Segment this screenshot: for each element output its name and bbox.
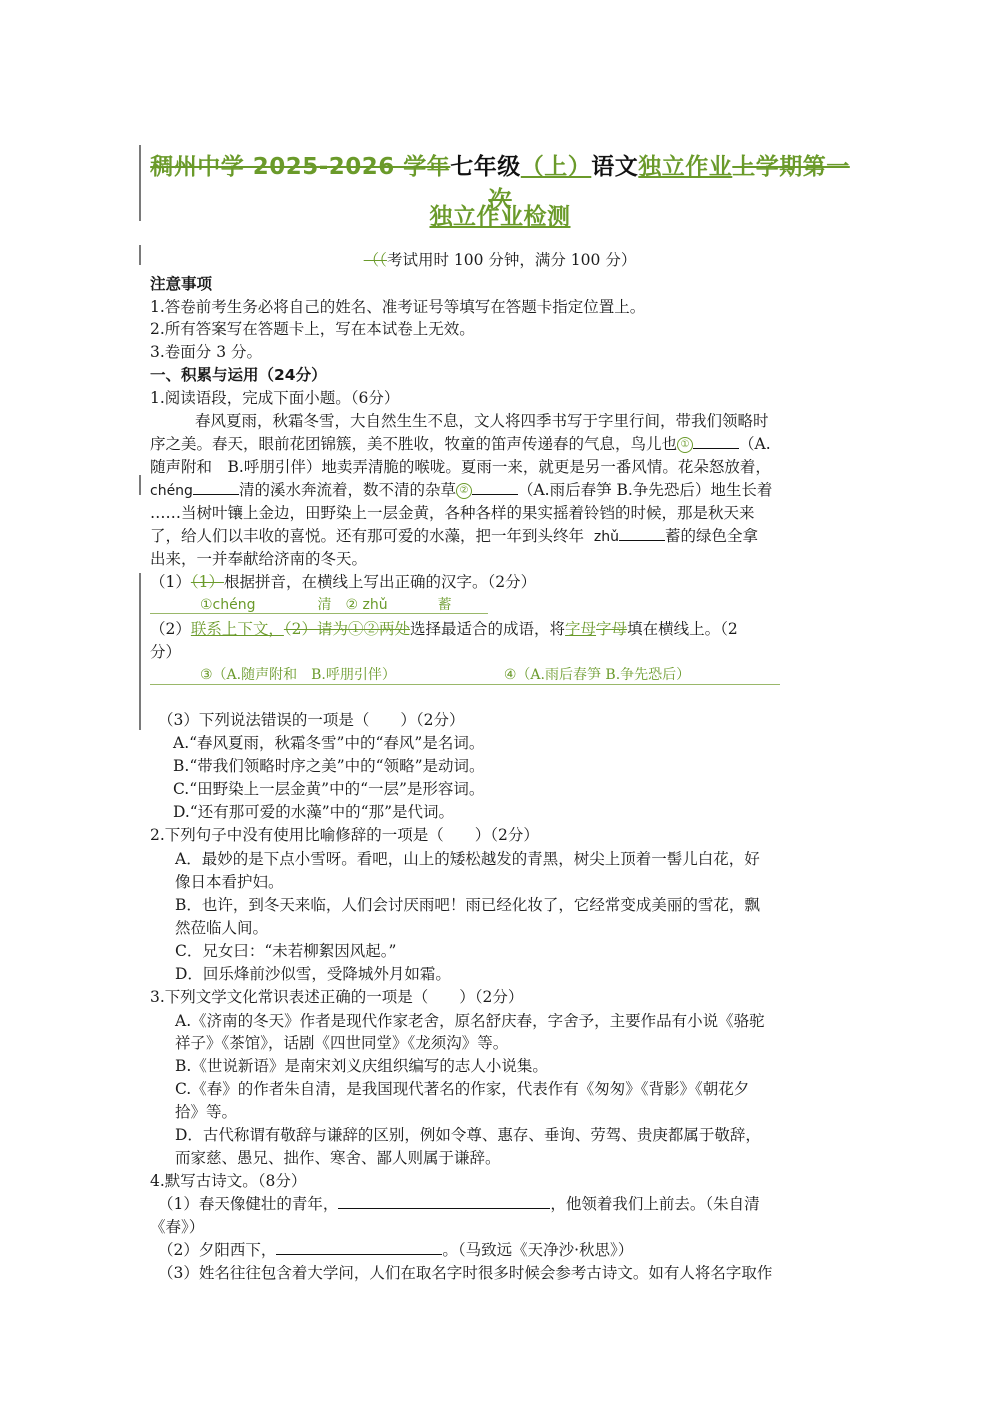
note-item: 1.答卷前考生务必将自己的姓名、准考证号等填写在答题卡指定位置上。	[150, 296, 850, 318]
answer-left: ③（A.随声附和 B.呼朋引伴）	[200, 667, 396, 683]
subquestion-3: （3）下列说法错误的一项是（ ）（2分）	[158, 709, 858, 731]
title-inserted: 独立作业	[638, 154, 732, 180]
title-term: （上）	[521, 154, 592, 180]
pinyin-zhu: zhǔ	[594, 529, 619, 545]
option: D．回乐烽前沙似雪，受降城外月如霜。	[175, 963, 875, 985]
option: 祥子》《茶馆》，话剧《四世同堂》《龙须沟》等。	[175, 1032, 875, 1054]
fill-blank[interactable]	[338, 1194, 550, 1209]
passage-text: 序之美。春天，眼前花团锦簇，美不胜收，牧童的笛声传递春的气息，鸟儿也	[150, 435, 677, 453]
sub-struck: 字母	[596, 620, 627, 638]
option: A．最妙的是下点小雪呀。看吧，山上的矮松越发的青黑，树尖上顶着一髻儿白花，好	[175, 848, 875, 870]
pinyin-cheng: chéng	[150, 483, 193, 499]
answer-part: ①chéng	[200, 597, 256, 613]
passage-text: （A.雨后春笋 B.争先恐后）地生长着	[518, 481, 772, 499]
passage-line: 春风夏雨，秋霜冬雪，大自然生生不息，文人将四季书写于字里行间，带我们领略时	[195, 410, 895, 432]
option: B．也许，到冬天来临，人们会讨厌雨吧！雨已经化妆了，它经常变成美丽的雪花，飘	[175, 894, 875, 916]
passage-text: （A.	[739, 435, 771, 453]
question-stem: 3.下列文学文化常识表述正确的一项是（ ）（2分）	[150, 986, 850, 1008]
sub-struck: （2）请为①②两处	[284, 620, 410, 638]
passage-line: 随声附和 B.呼朋引伴）地卖弄清脆的喉咙。夏雨一来，就更是另一番风情。花朵怒放着…	[150, 456, 850, 478]
option: C.“田野染上一层金黄”中的“一层”是形容词。	[173, 778, 873, 800]
revision-bar	[139, 145, 141, 221]
recitation-text: 。（马致远《天净沙·秋思》）	[442, 1241, 633, 1259]
section-heading: 一、积累与运用（24分）	[150, 364, 850, 386]
sub-number: （2）	[150, 620, 191, 638]
option: B.“带我们领略时序之美”中的“领略”是动词。	[173, 755, 873, 777]
option: 然莅临人间。	[175, 917, 875, 939]
answer-underline	[150, 613, 488, 614]
subquestion-2: （2）联系上下文，（2）请为①②两处选择最适合的成语，将字母字母填在横线上。（2	[150, 618, 850, 640]
blank-1	[693, 434, 739, 449]
recitation-text: （2）夕阳西下，	[158, 1241, 276, 1259]
option: B.《世说新语》是南宋刘义庆组织编写的志人小说集。	[175, 1055, 875, 1077]
question-stem: 1.阅读语段，完成下面小题。（6分）	[150, 387, 850, 409]
passage-line: 了，给人们以丰收的喜悦。还有那可爱的水藻，把一年到头终年 zhǔ蓄的绿色全拿	[150, 525, 850, 548]
blank-zhu	[619, 526, 665, 541]
option: C.《春》的作者朱自清，是我国现代著名的作家，代表作有《匆匆》《背影》《朝花夕	[175, 1078, 875, 1100]
passage-line: 出来，一并奉献给济南的冬天。	[150, 548, 850, 570]
passage-line: ……当树叶镶上金边，田野染上一层金黄，各种各样的果实摇着铃铛的时候，那是秋天来	[150, 502, 850, 524]
blank-2	[472, 480, 518, 495]
exam-info: （（考试用时 100 分钟，满分 100 分）	[150, 248, 850, 270]
sub-text: 选择最适合的成语，将	[410, 620, 565, 638]
sub-inserted: 联系上下文，	[191, 620, 284, 638]
page-title-line2: 独立作业检测	[150, 198, 850, 231]
answer-underline	[150, 684, 780, 685]
notes-heading: 注意事项	[150, 273, 850, 295]
title-struck-school: 稠州中学 2025-2026 学年	[150, 154, 450, 180]
blank-cheng	[193, 480, 239, 495]
question-stem: 4.默写古诗文。（8分）	[150, 1170, 850, 1192]
recitation-item: （2）夕阳西下，。（马致远《天净沙·秋思》）	[158, 1239, 858, 1261]
recitation-item: （3）姓名往往包含着大学问，人们在取名字时很多时候会参考古诗文。如有人将名字取作	[158, 1262, 858, 1284]
title-inserted-line2: 独立作业检测	[430, 204, 571, 230]
revision-bar	[139, 475, 141, 495]
sub-text: 填在横线上。（2	[627, 620, 738, 638]
answer-right: ④（A.雨后春笋 B.争先恐后）	[504, 667, 690, 683]
sub-struck: （1）	[191, 573, 224, 591]
recitation-item: （1）春天像健壮的青年，，他领着我们上前去。（朱自清	[158, 1193, 858, 1215]
answer-part: 清	[318, 597, 332, 613]
sub-number: （1）	[150, 573, 191, 591]
option: 像日本看护妇。	[175, 871, 875, 893]
option: D．古代称谓有敬辞与谦辞的区别，例如令尊、惠存、垂询、劳驾、贵庚都属于敬辞，	[175, 1124, 875, 1146]
subquestion-2-cont: 分）	[150, 641, 850, 663]
marker-1: ①	[677, 437, 693, 453]
recitation-text: （1）春天像健壮的青年，	[158, 1195, 338, 1213]
option: A.“春风夏雨，秋霜冬雪”中的“春风”是名词。	[173, 732, 873, 754]
subquestion-1: （1）（1）根据拼音，在横线上写出正确的汉字。（2分）	[150, 571, 850, 593]
marker-2: ②	[456, 483, 472, 499]
passage-line: chéng清的溪水奔流着，数不清的杂草②（A.雨后春笋 B.争先恐后）地生长着	[150, 479, 850, 502]
revision-bar	[139, 245, 141, 265]
subtitle-struck: （（	[364, 251, 387, 269]
option: D.“还有那可爱的水藻”中的“那”是代词。	[173, 801, 873, 823]
passage-text: 蓄的绿色全拿	[665, 527, 758, 545]
fill-blank[interactable]	[276, 1240, 442, 1255]
sub-text: 根据拼音，在横线上写出正确的汉字。（2分）	[224, 573, 536, 591]
sub-inserted: 字母	[565, 620, 596, 638]
revision-bar	[139, 573, 141, 730]
question-stem: 2.下列句子中没有使用比喻修辞的一项是（ ）（2分）	[150, 824, 850, 846]
exam-paper-page: 稠州中学 2025-2026 学年七年级（上）语文独立作业上学期第一次 独立作业…	[0, 0, 1000, 1414]
note-item: 3.卷面分 3 分。	[150, 341, 850, 363]
passage-text: 清的溪水奔流着，数不清的杂草	[239, 481, 456, 499]
option: 而家慈、愚兄、拙作、寒舍、鄙人则属于谦辞。	[175, 1147, 875, 1169]
passage-text: 了，给人们以丰收的喜悦。还有那可爱的水藻，把一年到头终年	[150, 527, 584, 545]
title-grade: 七年级	[450, 154, 521, 180]
option: A.《济南的冬天》作者是现代作家老舍，原名舒庆春，字舍予，主要作品有小说《骆驼	[175, 1010, 875, 1032]
recitation-item-cont: 《春》）	[150, 1216, 850, 1238]
answer-part: 蓄	[438, 597, 452, 613]
passage-line: 序之美。春天，眼前花团锦簇，美不胜收，牧童的笛声传递春的气息，鸟儿也①（A.	[150, 433, 850, 455]
subtitle-text: 考试用时 100 分钟，满分 100 分）	[387, 251, 636, 269]
answer-2: ③（A.随声附和 B.呼朋引伴）④（A.雨后春笋 B.争先恐后）	[200, 664, 900, 686]
title-subject: 语文	[591, 154, 638, 180]
option: C．兄女曰：“未若柳絮因风起。”	[175, 940, 875, 962]
recitation-text: ，他领着我们上前去。（朱自清	[550, 1195, 759, 1213]
note-item: 2.所有答案写在答题卡上，写在本试卷上无效。	[150, 318, 850, 340]
answer-part: ② zhǔ	[346, 597, 388, 613]
option: 拾》等。	[175, 1101, 875, 1123]
